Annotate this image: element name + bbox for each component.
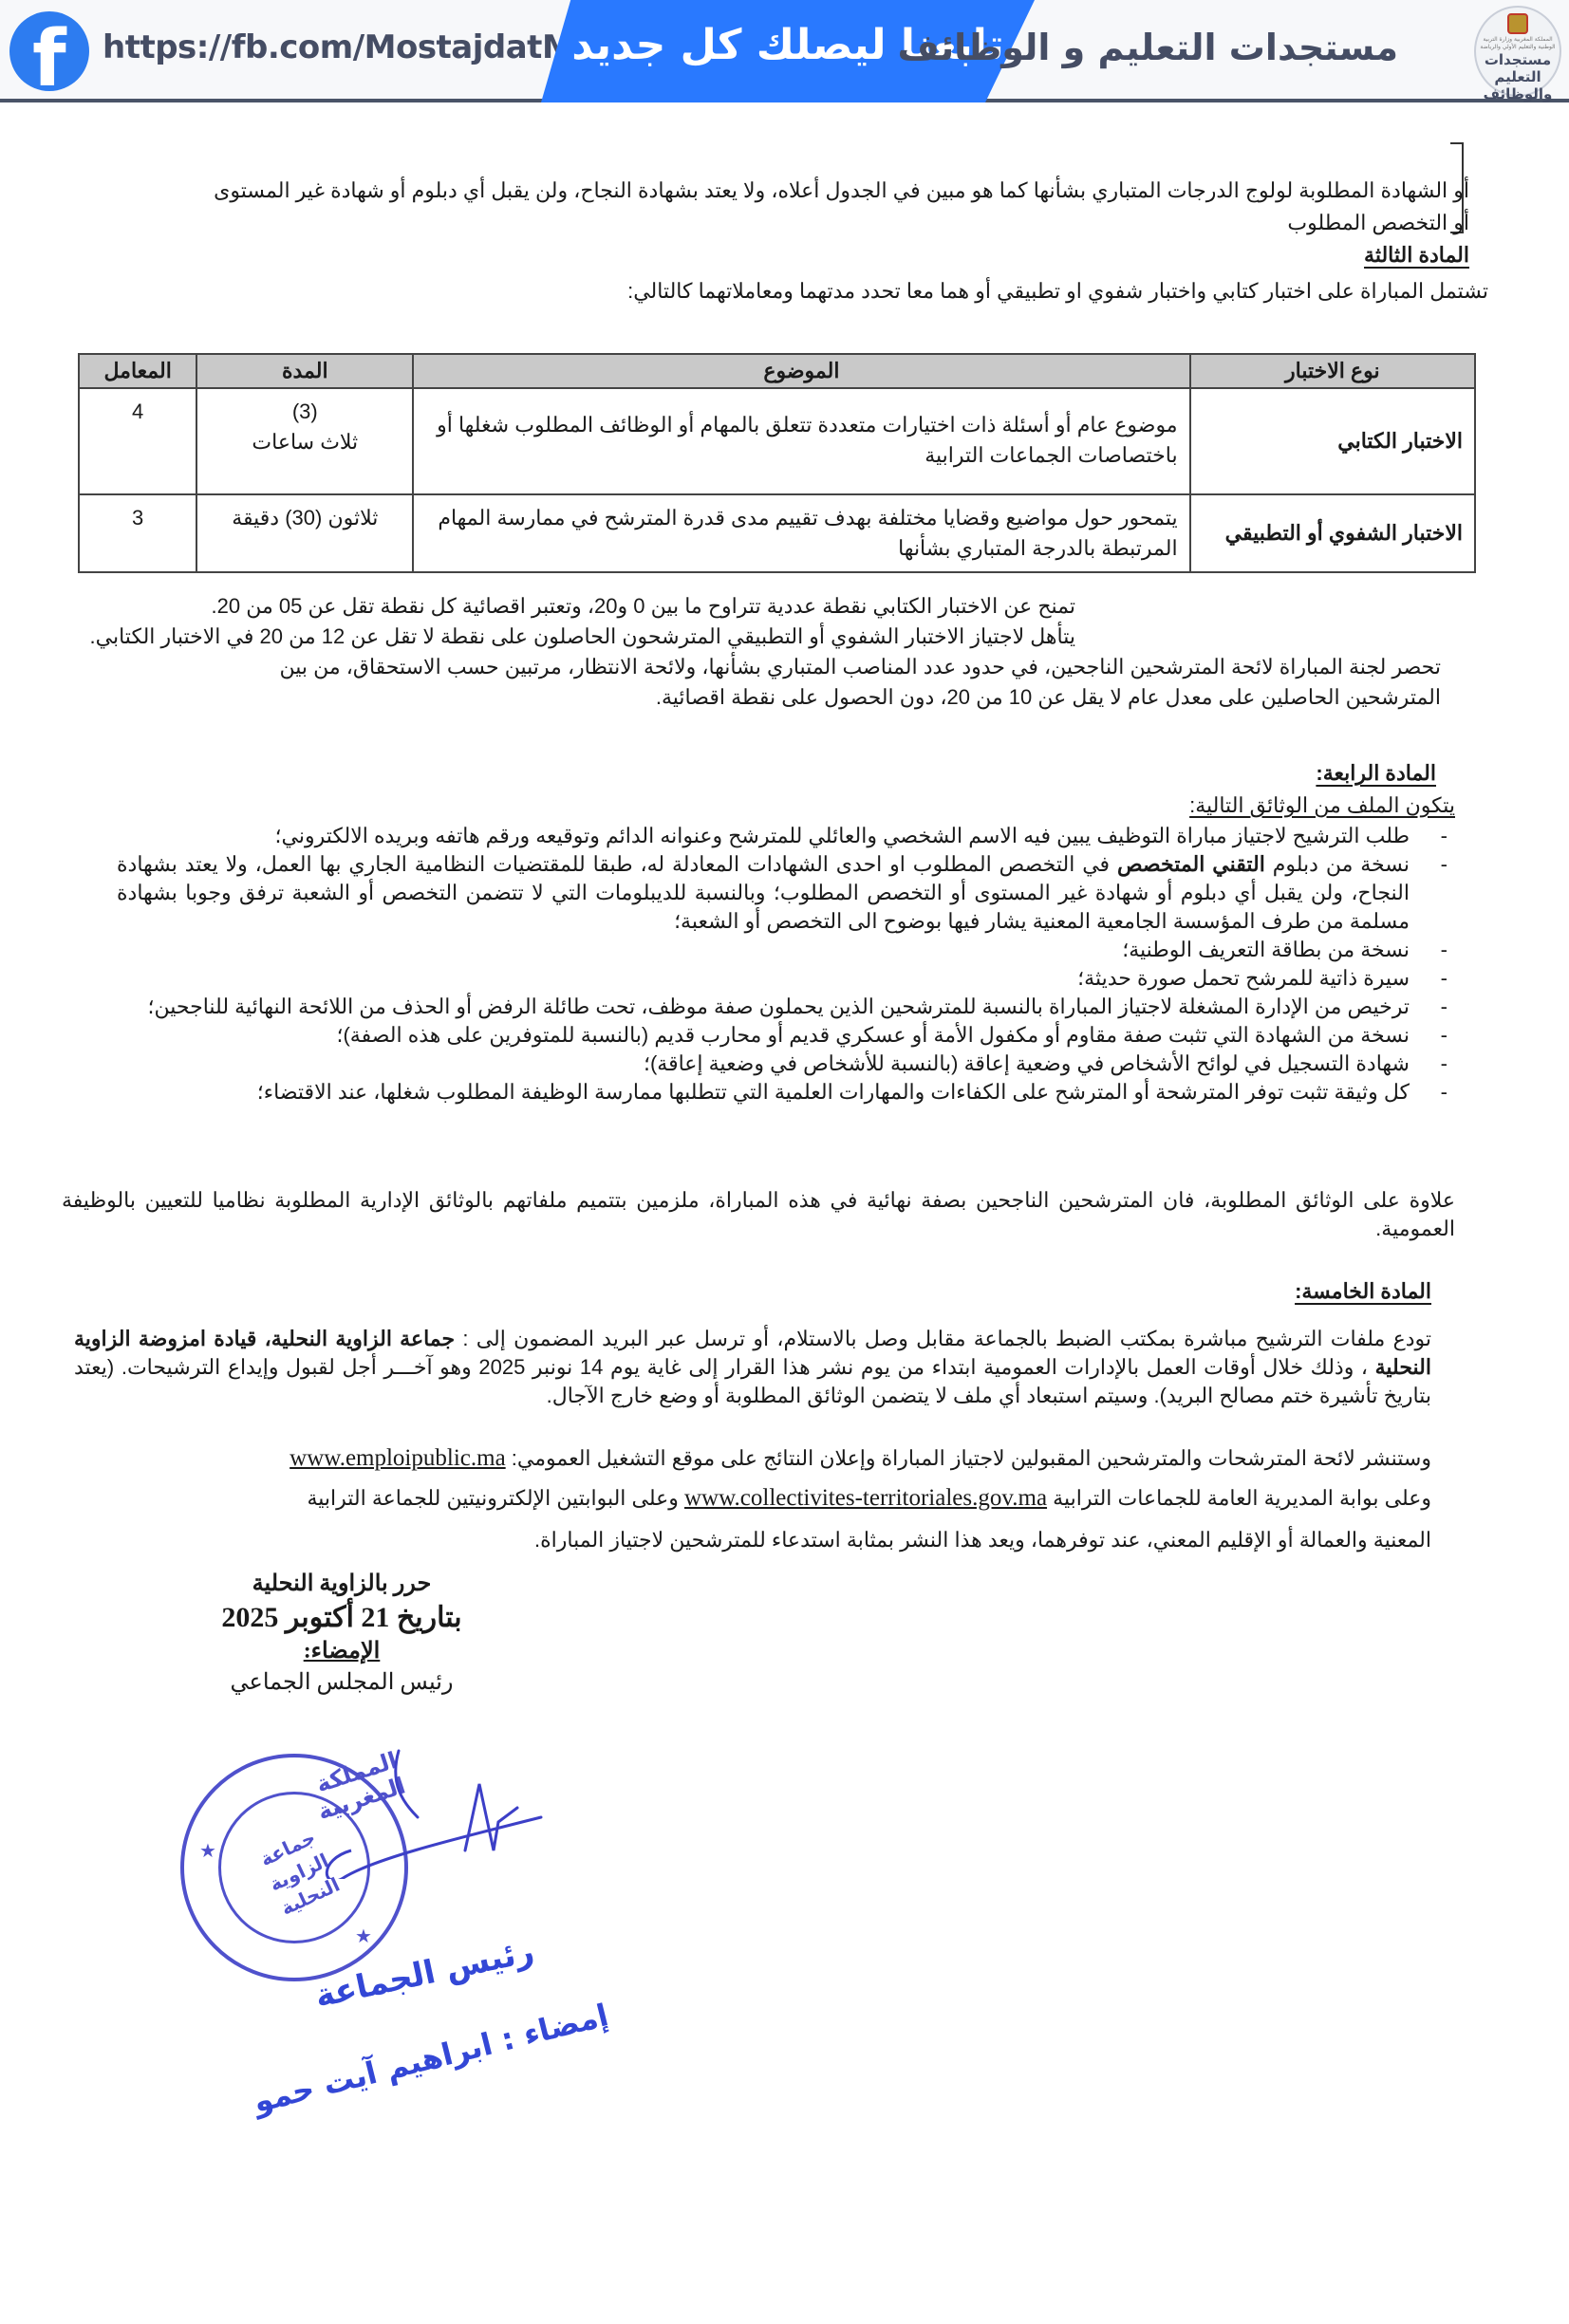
coat-of-arms-icon [1507,13,1528,34]
cell-subject: يتمحور حول مواضيع وقضايا مختلفة بهدف تقي… [413,494,1189,572]
col-header-coefficient: المعامل [79,354,196,388]
star-icon: ★ [355,1924,372,1947]
site-name: مستجدات التعليم و الوظائف [898,27,1398,68]
cell-duration-number: (3) [209,397,401,427]
list-item: نسخة من الشهادة التي تثبت صفة مقاوم أو م… [117,1021,1455,1050]
collectivites-link[interactable]: www.collectivites-territoriales.gov.ma [684,1485,1047,1511]
signoff-title: رئيس المجلس الجماعي [218,1666,465,1699]
note-1: تمنح عن الاختبار الكتابي نقطة عددية تترا… [211,592,1075,621]
article3-intro: تشتمل المباراة على اختبار كتابي واختبار … [627,277,1488,306]
cell-subject: موضوع عام أو أسئلة ذات اختيارات متعددة ت… [413,388,1189,494]
list-item: طلب الترشيح لاجتياز مباراة التوظيف يبين … [117,822,1455,850]
cell-type: الاختبار الكتابي [1190,388,1475,494]
site-logo: المملكة المغربية وزارة التربية الوطنية و… [1474,6,1561,97]
cell-duration: (3) ثلاث ساعات [196,388,413,494]
table-header-row: نوع الاختبار الموضوع المدة المعامل [79,354,1475,388]
site-banner: f https://fb.com/MostajdatMaroc تابعنا ل… [0,0,1569,102]
list-item: سيرة ذاتية للمرشح تحمل صورة حديثة؛ [117,964,1455,993]
table-row: الاختبار الكتابي موضوع عام أو أسئلة ذات … [79,388,1475,494]
intro-line-1: أو الشهادة المطلوبة لولوج الدرجات المتبا… [214,177,1469,205]
signoff-place: حرر بالزاوية النحلية [218,1568,465,1600]
portal-text: وعلى بوابة المديرية العامة للجماعات التر… [1047,1486,1431,1510]
publication-line-2: وعلى بوابة المديرية العامة للجماعات التر… [307,1484,1431,1513]
handwritten-name: إمضاء : ابراهيم آيت حمو [250,1997,611,2120]
cell-coefficient: 3 [79,494,196,572]
article5-submission: تودع ملفات الترشيح مباشرة بمكتب الضبط با… [74,1325,1431,1410]
cell-coefficient: 4 [79,388,196,494]
list-item: نسخة من بطاقة التعريف الوطنية؛ [117,936,1455,964]
submission-text-a: تودع ملفات الترشيح مباشرة بمكتب الضبط با… [455,1327,1431,1350]
cell-duration: ثلاثون (30) دقيقة [196,494,413,572]
intro-line-2: أو التخصص المطلوب [1287,209,1469,237]
logo-ministry-text: المملكة المغربية وزارة التربية الوطنية و… [1476,36,1560,51]
cell-subject-text: موضوع عام أو أسئلة ذات اختيارات متعددة ت… [425,397,1177,471]
col-header-duration: المدة [196,354,413,388]
handwritten-signature [313,1746,551,1879]
logo-title-line1: مستجدات التعليم [1476,51,1560,85]
col-header-subject: الموضوع [413,354,1189,388]
submission-text-b: ، وذلك خلال أوقات العمل بالإدارات العموم… [74,1355,1431,1407]
article4-subheading: يتكون الملف من الوثائق التالية: [1189,791,1455,820]
note-4: المترشحين الحاصلين على معدل عام لا يقل ع… [656,683,1441,712]
list-item: نسخة من دبلوم التقني المتخصص في التخصص ا… [117,850,1455,936]
cell-duration-text: ثلاث ساعات [209,427,401,457]
publication-text: وستنشر لائحة المترشحات والمترشحين المقبو… [506,1446,1431,1470]
table-row: الاختبار الشفوي أو التطبيقي يتمحور حول م… [79,494,1475,572]
signoff-block: حرر بالزاوية النحلية بتاريخ 21 أكتوبر 20… [218,1568,465,1699]
diploma-type: التقني المتخصص [1117,852,1265,876]
list-item: كل وثيقة تثبت توفر المترشحة أو المترشح ع… [117,1078,1455,1106]
note-3: تحصر لجنة المباراة لائحة المترشحين الناج… [280,653,1441,681]
documents-list: طلب الترشيح لاجتياز مباراة التوظيف يبين … [117,822,1455,1106]
signoff-date: بتاريخ 21 أكتوبر 2025 [218,1600,465,1636]
list-item: ترخيص من الإدارة المشغلة لاجتياز المبارا… [117,993,1455,1021]
exam-table: نوع الاختبار الموضوع المدة المعامل الاخت… [78,353,1476,573]
facebook-icon[interactable]: f [9,11,89,91]
article3-heading: المادة الثالثة [1364,241,1469,270]
article5-heading: المادة الخامسة: [1295,1277,1431,1306]
publication-line-1: وستنشر لائحة المترشحات والمترشحين المقبو… [290,1444,1431,1473]
emploipublic-link[interactable]: www.emploipublic.ma [290,1445,506,1471]
note-2: يتأهل لاجتياز الاختبار الشفوي أو التطبيق… [90,623,1075,651]
logo-title-line2: والوظائف [1476,85,1560,102]
list-item: شهادة التسجيل في لوائح الأشخاص في وضعية … [117,1050,1455,1078]
diploma-label: نسخة من دبلوم [1273,852,1410,876]
article4-closing: علاوة على الوثائق المطلوبة، فان المترشحي… [62,1186,1455,1243]
article4-heading: المادة الرابعة: [1316,759,1436,788]
star-icon: ★ [199,1839,216,1862]
col-header-type: نوع الاختبار [1190,354,1475,388]
publication-line-3: المعنية والعمالة أو الإقليم المعني، عند … [534,1526,1431,1554]
portal-text-b: وعلى البوابتين الإلكترونيتين للجماعة الت… [307,1486,684,1510]
cell-type: الاختبار الشفوي أو التطبيقي [1190,494,1475,572]
signoff-signature-label: الإمضاء: [218,1636,465,1666]
